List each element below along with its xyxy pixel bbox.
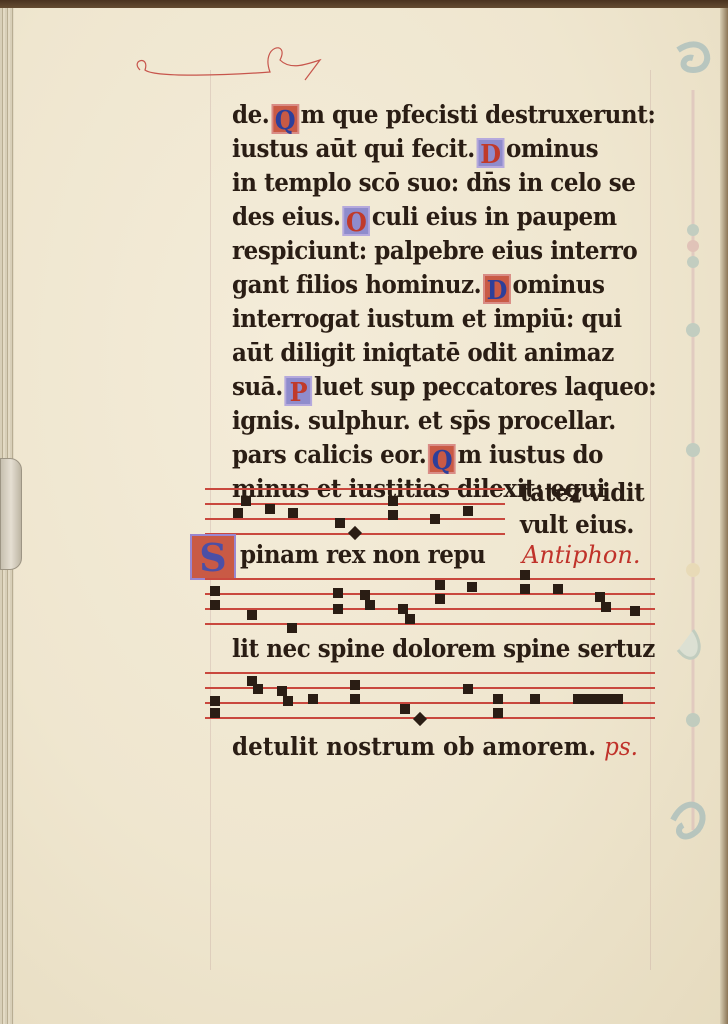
illuminated-initial: O	[342, 206, 370, 236]
line-text: m que pfecisti destruxerunt:	[301, 100, 656, 129]
antiphon-line-1: pinam rex non repu	[240, 538, 485, 572]
psalm-rubric: ps.	[604, 732, 638, 761]
antiphon-line-2: lit nec spine dolorem spine sertuz	[232, 632, 655, 666]
music-staff	[205, 488, 505, 532]
line-text: gant filios hominuz.	[232, 270, 481, 299]
illuminated-initial: Q	[271, 104, 299, 134]
music-staff	[205, 578, 655, 622]
text-line: ignis. sulphur. et sp̄s procellar.	[232, 404, 616, 438]
text-line-right: vult eius.	[520, 508, 634, 542]
illuminated-initial: Q	[428, 444, 456, 474]
line-text: interrogat iustum et impiū: qui	[232, 304, 622, 333]
line-text: iustus aūt qui fecit.	[232, 134, 475, 163]
line-text: ominus	[512, 270, 604, 299]
line-text: suā.	[232, 372, 283, 401]
text-line: iustus aūt qui fecit.Dominus	[232, 132, 598, 166]
text-line: in templo scō suo: dn̄s in celo se	[232, 166, 635, 200]
binding-right-edge	[720, 8, 728, 1024]
text-line: interrogat iustum et impiū: qui	[232, 302, 622, 336]
text-line: des eius.Oculi eius in paupem	[232, 200, 617, 234]
antiphon-line-3-text: detulit nostrum ob amorem.	[232, 732, 596, 761]
text-line: gant filios hominuz.Dominus	[232, 268, 605, 302]
faded-margin-vine-decoration-icon	[668, 30, 718, 850]
line-text: pars calicis eor.	[232, 440, 426, 469]
ruling-line-right	[650, 70, 651, 970]
line-text: ignis. sulphur. et sp̄s procellar.	[232, 406, 616, 435]
antiphon-line-3: detulit nostrum ob amorem. ps.	[232, 730, 638, 764]
illuminated-initial-s: S	[190, 534, 236, 580]
illuminated-initial: P	[285, 376, 313, 406]
text-line: suā.Pluet sup peccatores laqueo:	[232, 370, 656, 404]
line-text: respiciunt: palpebre eius interro	[232, 236, 637, 265]
illuminated-initial: D	[483, 274, 511, 304]
illuminated-initial: D	[477, 138, 505, 168]
text-line: pars calicis eor.Qm iustus do	[232, 438, 603, 472]
text-line: aūt diligit iniqtatē odit animaz	[232, 336, 614, 370]
text-line-right: tatez vidit	[520, 476, 644, 510]
line-text: ominus	[506, 134, 598, 163]
line-text: in templo scō suo: dn̄s in celo se	[232, 168, 635, 197]
text-line: respiciunt: palpebre eius interro	[232, 234, 637, 268]
antiphon-rubric: Antiphon.	[522, 538, 640, 572]
line-text: luet sup peccatores laqueo:	[314, 372, 656, 401]
line-text: culi eius in paupem	[372, 202, 617, 231]
book-clasp	[0, 458, 22, 570]
line-text: aūt diligit iniqtatē odit animaz	[232, 338, 614, 367]
text-line: de.Qm que pfecisti destruxerunt:	[232, 98, 655, 132]
music-staff	[205, 672, 655, 716]
line-text: m iustus do	[458, 440, 603, 469]
line-text: de.	[232, 100, 269, 129]
line-text: des eius.	[232, 202, 341, 231]
